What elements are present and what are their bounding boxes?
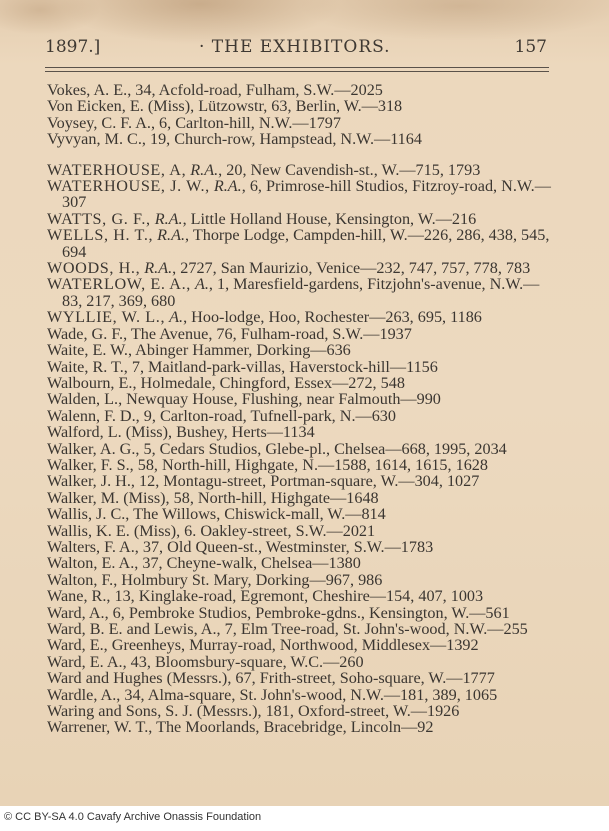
section-gap [47, 148, 552, 162]
list-item: Wallis, J. C., The Willows, Chiswick-mal… [47, 506, 552, 522]
exhibitor-list: Vokes, A. E., 34, Acfold-road, Fulham, S… [47, 82, 552, 736]
book-page: 1897.] · THE EXHIBITORS. 157 Vokes, A. E… [0, 0, 609, 806]
list-item: Vyvyan, M. C., 19, Church-row, Hampstead… [47, 131, 552, 147]
list-item: Walton, E. A., 37, Cheyne-walk, Chelsea—… [47, 555, 552, 571]
exhibitor-name: WOODS, H., [47, 259, 140, 277]
list-item: Waite, R. T., 7, Maitland-park-villas, H… [47, 359, 552, 375]
page-number: 157 [515, 37, 547, 57]
exhibitor-details: , 20, New Cavendish-st., W.—715, 1793 [218, 161, 480, 179]
academy-title: R.A. [214, 177, 242, 195]
list-item: WELLS, H. T., R.A., Thorpe Lodge, Campde… [47, 227, 552, 260]
exhibitor-name: WATERHOUSE, J. W., [47, 177, 210, 195]
list-item: Ward, A., 6, Pembroke Studios, Pembroke-… [47, 605, 552, 621]
list-item: WATTS, G. F., R.A., Little Holland House… [47, 211, 552, 227]
list-item: Walden, L., Newquay House, Flushing, nea… [47, 391, 552, 407]
running-head: 1897.] · THE EXHIBITORS. 157 [45, 37, 549, 63]
exhibitor-name: WATERLOW, E. A., [47, 275, 191, 293]
copyright-caption: © CC BY-SA 4.0 Cavafy Archive Onassis Fo… [4, 811, 261, 823]
list-item: Walker, A. G., 5, Cedars Studios, Glebe-… [47, 441, 552, 457]
list-item: Walton, F., Holmbury St. Mary, Dorking—9… [47, 572, 552, 588]
header-year: 1897.] [45, 37, 100, 57]
list-item: Warrener, W. T., The Moorlands, Bracebri… [47, 719, 552, 735]
exhibitor-details: , Little Holland House, Kensington, W.—2… [183, 210, 477, 228]
list-item: Von Eicken, E. (Miss), Lützowstr, 63, Be… [47, 98, 552, 114]
list-item: Wardle, A., 34, Alma-square, St. John's-… [47, 687, 552, 703]
list-item: Walenn, F. D., 9, Carlton-road, Tufnell-… [47, 408, 552, 424]
list-item: Walker, F. S., 58, North-hill, Highgate,… [47, 457, 552, 473]
list-item: Wade, G. F., The Avenue, 76, Fulham-road… [47, 326, 552, 342]
list-item: WATERLOW, E. A., A., 1, Maresfield-garde… [47, 276, 552, 309]
exhibitor-name: WELLS, H. T., [47, 226, 153, 244]
list-item: Waite, E. W., Abinger Hammer, Dorking—63… [47, 342, 552, 358]
list-item: Voysey, C. F. A., 6, Carlton-hill, N.W.—… [47, 115, 552, 131]
list-item: Walters, F. A., 37, Old Queen-st., Westm… [47, 539, 552, 555]
list-item: Walker, M. (Miss), 58, North-hill, Highg… [47, 490, 552, 506]
list-item: Wallis, K. E. (Miss), 6. Oakley-street, … [47, 523, 552, 539]
list-item: Walford, L. (Miss), Bushey, Herts—1134 [47, 424, 552, 440]
header-title: · THE EXHIBITORS. [199, 37, 391, 57]
exhibitor-details: , Hoo-lodge, Hoo, Rochester—263, 695, 11… [183, 308, 482, 326]
list-item: WATERHOUSE, J. W., R.A., 6, Primrose-hil… [47, 178, 552, 211]
exhibitor-name: WATERHOUSE, A, [47, 161, 186, 179]
list-item: Waring and Sons, S. J. (Messrs.), 181, O… [47, 703, 552, 719]
exhibitor-details: , 2727, San Maurizio, Venice—232, 747, 7… [172, 259, 530, 277]
exhibitor-name: WYLLIE, W. L., [47, 308, 165, 326]
list-item: Vokes, A. E., 34, Acfold-road, Fulham, S… [47, 82, 552, 98]
list-item: Walker, J. H., 12, Montagu-street, Portm… [47, 473, 552, 489]
list-item: WYLLIE, W. L., A., Hoo-lodge, Hoo, Roche… [47, 309, 552, 325]
header-double-rule [45, 67, 549, 72]
academy-title: R.A. [155, 210, 183, 228]
academy-title: R.A. [144, 259, 172, 277]
list-item: Ward, E., Greenheys, Murray-road, Northw… [47, 637, 552, 653]
list-item: Ward and Hughes (Messrs.), 67, Frith-str… [47, 670, 552, 686]
list-item: WOODS, H., R.A., 2727, San Maurizio, Ven… [47, 260, 552, 276]
list-item: Wane, R., 13, Kinglake-road, Egremont, C… [47, 588, 552, 604]
academy-title: A. [169, 308, 183, 326]
academy-title: A. [195, 275, 209, 293]
academy-title: R.A. [190, 161, 218, 179]
exhibitor-name: WATTS, G. F., [47, 210, 151, 228]
academy-title: R.A. [157, 226, 185, 244]
list-item: Ward, B. E. and Lewis, A., 7, Elm Tree-r… [47, 621, 552, 637]
list-item: Walbourn, E., Holmedale, Chingford, Esse… [47, 375, 552, 391]
list-item: Ward, E. A., 43, Bloomsbury-square, W.C.… [47, 654, 552, 670]
list-item: WATERHOUSE, A, R.A., 20, New Cavendish-s… [47, 162, 552, 178]
